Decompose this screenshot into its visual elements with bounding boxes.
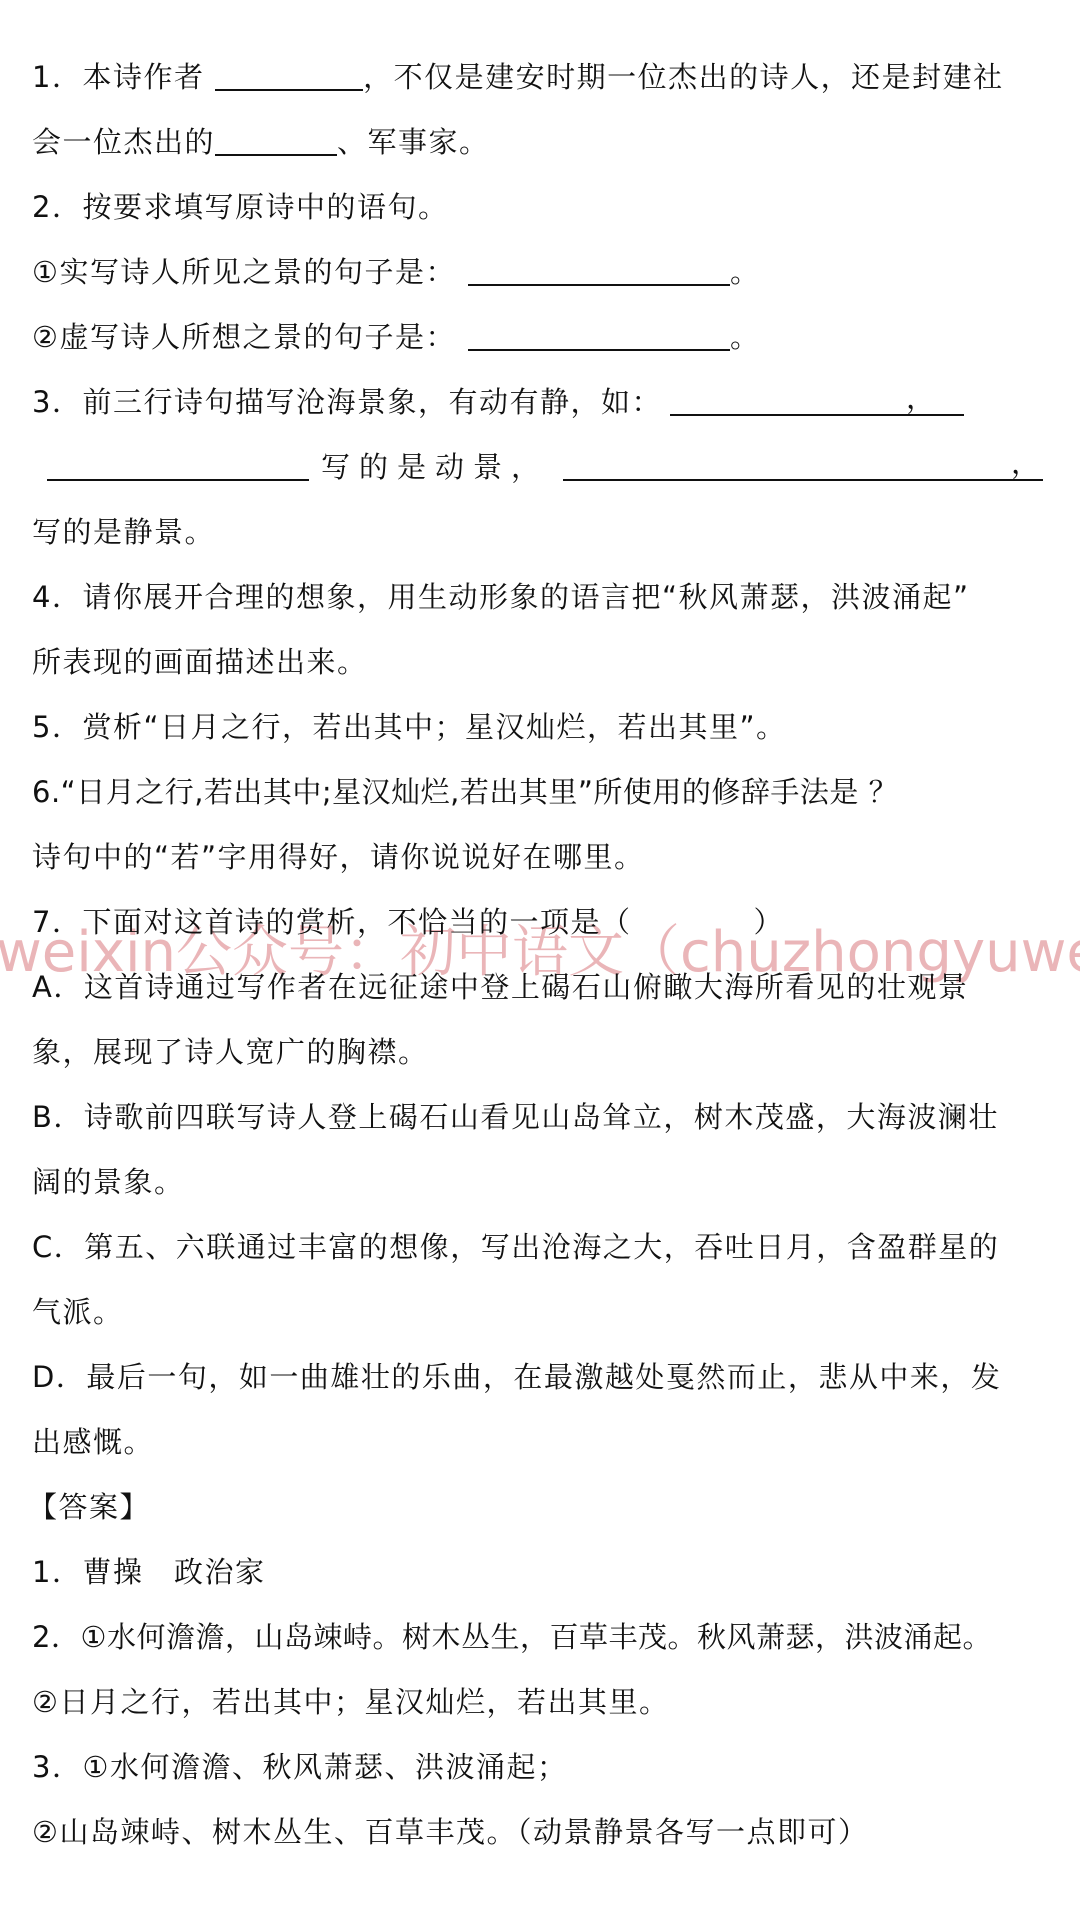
q2-sub1: ①实写诗人所见之景的句子是：。 (32, 240, 1052, 305)
q7-option-a-line2[interactable]: 象，展现了诗人宽广的胸襟。 (32, 1020, 1052, 1085)
q1-text-d: 、军事家。 (337, 125, 490, 159)
q3-comma-1: ， (906, 366, 937, 431)
q2-sub2-end: 。 (730, 320, 761, 354)
q3-blank-1[interactable]: ， (670, 380, 964, 416)
answer-3-line2: ②山岛竦峙、树木丛生、百草丰茂。（动景静景各写一点即可） (32, 1800, 1052, 1865)
q5-line1: 5．赏析“日月之行，若出其中；星汉灿烂，若出其里”。 (32, 695, 1052, 760)
answers-header: 【答案】 (28, 1475, 1052, 1540)
q7-option-a-line1[interactable]: A．这首诗通过写作者在远征途中登上碣石山俯瞰大海所看见的壮观景 (32, 955, 1052, 1020)
q3-comma-2: ， (1011, 431, 1040, 496)
q7-option-c-line2[interactable]: 气派。 (32, 1280, 1052, 1345)
q1-line1: 1．本诗作者 ，不仅是建安时期一位杰出的诗人，还是封建社 (32, 45, 1052, 110)
q1-text-a: 1．本诗作者 (32, 60, 215, 94)
q7-stem: 7．下面对这首诗的赏析，不恰当的一项是（ ） (32, 890, 1052, 955)
q1-blank-author[interactable] (215, 55, 363, 91)
document-page: weixin公众号：初中语文（chuzhongyuwen100 1．本诗作者 ，… (0, 0, 1080, 1929)
q3-blank-3[interactable]: ， (563, 445, 1043, 481)
q2-sub1-blank[interactable] (468, 250, 730, 286)
q3-mid: 写的是动景， (321, 450, 549, 484)
q2-sub2-blank[interactable] (468, 315, 730, 351)
q7-option-b-line1[interactable]: B．诗歌前四联写诗人登上碣石山看见山岛耸立，树木茂盛，大海波澜壮 (32, 1085, 1052, 1150)
q7-option-b-line2[interactable]: 阔的景象。 (32, 1150, 1052, 1215)
q7-option-c-line1[interactable]: C．第五、六联通过丰富的想像，写出沧海之大，吞吐日月，含盈群星的 (32, 1215, 1052, 1280)
q3-line2: 写的是动景，， (47, 435, 1052, 500)
answer-2-line1: 2．①水何澹澹，山岛竦峙。树木丛生，百草丰茂。秋风萧瑟，洪波涌起。 (32, 1605, 1052, 1670)
q3-text: 3．前三行诗句描写沧海景象，有动有静，如： (32, 385, 662, 419)
q1-line2: 会一位杰出的、军事家。 (32, 110, 1052, 175)
q2-sub1-end: 。 (730, 255, 761, 289)
q6-line1: 6.“日月之行,若出其中;星汉灿烂,若出其里”所使用的修辞手法是 ？ (32, 760, 1052, 825)
q4-line2: 所表现的画面描述出来。 (32, 630, 1052, 695)
q1-blank-role[interactable] (215, 120, 337, 156)
q2-sub2: ②虚写诗人所想之景的句子是：。 (32, 305, 1052, 370)
q2-sub1-label: ①实写诗人所见之景的句子是： (32, 255, 456, 289)
q7-option-d-line1[interactable]: D．最后一句，如一曲雄壮的乐曲，在最激越处戛然而止，悲从中来，发 (32, 1345, 1052, 1410)
q3-blank-2[interactable] (47, 445, 309, 481)
q1-text-b: ，不仅是建安时期一位杰出的诗人，还是封建社 (363, 60, 1004, 94)
q7-option-d-line2[interactable]: 出感慨。 (32, 1410, 1052, 1475)
q4-line1: 4．请你展开合理的想象，用生动形象的语言把“秋风萧瑟，洪波涌起” (32, 565, 1052, 630)
answer-3-line1: 3．①水何澹澹、秋风萧瑟、洪波涌起； (32, 1735, 1052, 1800)
q2-sub2-label: ②虚写诗人所想之景的句子是： (32, 320, 456, 354)
answer-2-line2: ②日月之行，若出其中；星汉灿烂，若出其里。 (32, 1670, 1052, 1735)
q2-title: 2．按要求填写原诗中的语句。 (32, 175, 1052, 240)
answer-1: 1．曹操 政治家 (32, 1540, 1052, 1605)
q1-text-c: 会一位杰出的 (32, 125, 215, 159)
q6-line2: 诗句中的“若”字用得好，请你说说好在哪里。 (32, 825, 1052, 890)
q3-line3: 写的是静景。 (32, 500, 1052, 565)
q3-line1: 3．前三行诗句描写沧海景象，有动有静，如：， (32, 370, 1052, 435)
